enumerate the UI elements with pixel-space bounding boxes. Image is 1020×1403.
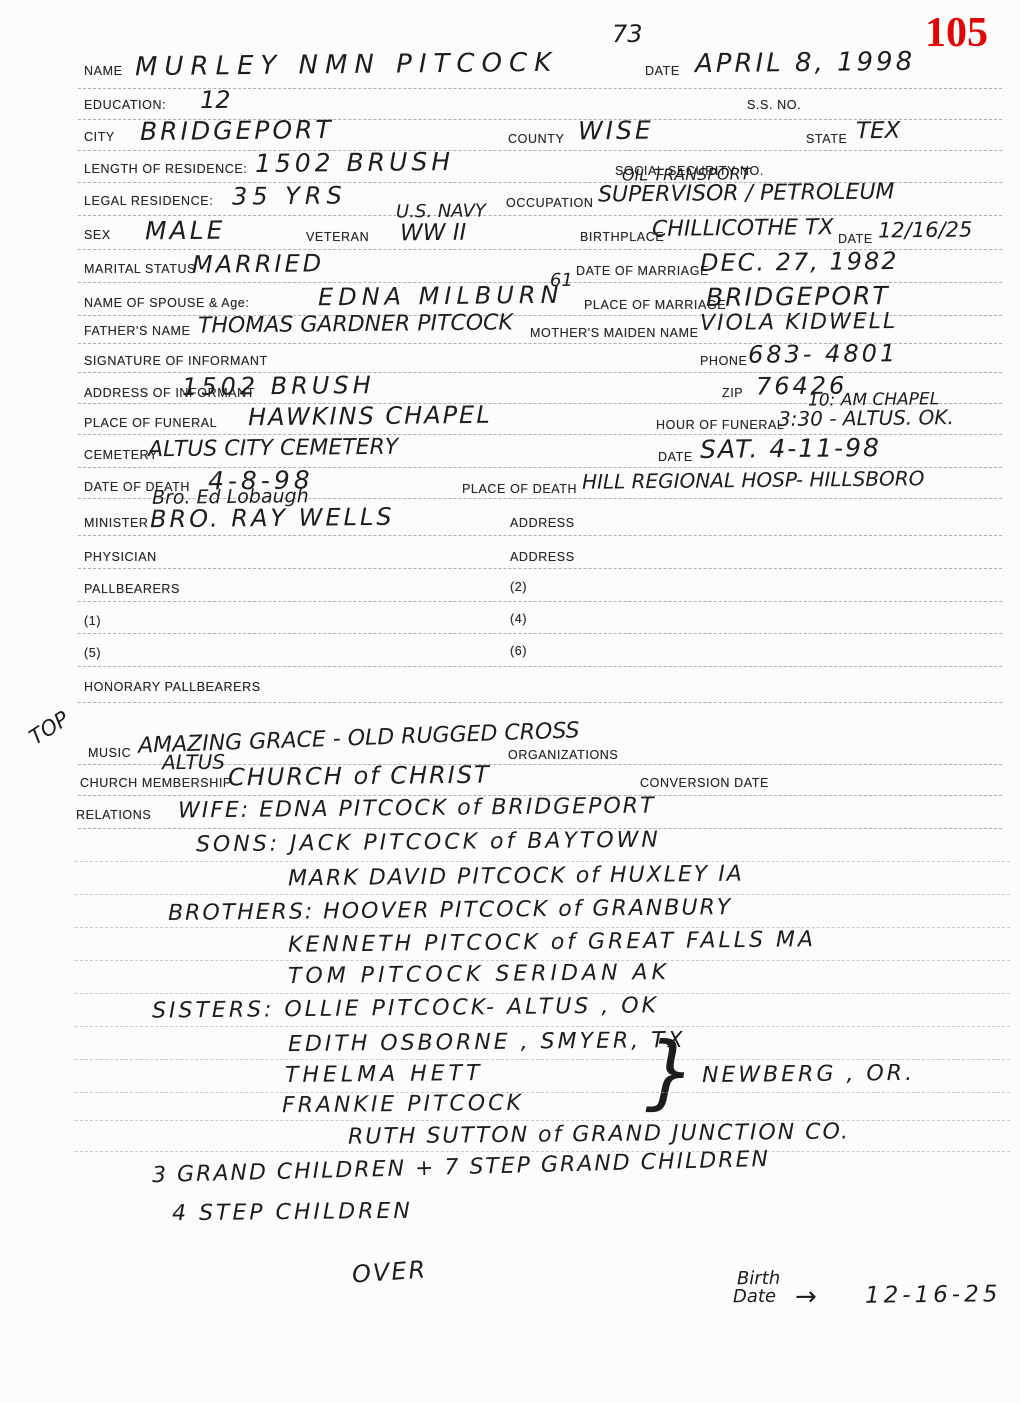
form-line (75, 1092, 1010, 1093)
zip-label: ZIP (722, 386, 743, 400)
birth-note-value: 12-16-25 (865, 1281, 1002, 1308)
pallbearer-slot-2: (2) (510, 580, 527, 594)
form-line (75, 1026, 1010, 1027)
place-of-marriage-value: BRIDGEPORT (706, 281, 890, 312)
physician-label: PHYSICIAN (84, 550, 157, 564)
phone-value: 683- 4801 (748, 339, 898, 369)
date-label: DATE (645, 64, 680, 78)
birthplace-value: CHILLICOTHE TX (652, 215, 834, 242)
relation-line-son-2: MARK DAVID PITCOCK of HUXLEY IA (288, 862, 744, 892)
address-of-informant-value: 1502 BRUSH (182, 371, 375, 401)
form-line (78, 666, 1002, 667)
spouse-age-annotation: 61 (550, 270, 573, 291)
cemetery-label: CEMETERY (84, 448, 158, 462)
hour-of-funeral-label: HOUR OF FUNERAL (656, 418, 784, 432)
grandchildren-note: 3 GRAND CHILDREN + 7 STEP GRAND CHILDREN (152, 1147, 770, 1188)
form-line (75, 1059, 1010, 1060)
relation-line-sisters: SISTERS: OLLIE PITCOCK- ALTUS , OK (152, 993, 659, 1023)
minister-address-label: ADDRESS (510, 516, 575, 530)
occupation-value: SUPERVISOR / PETROLEUM (598, 179, 895, 207)
pallbearer-slot-4: (4) (510, 612, 527, 626)
father-name-label: FATHER'S NAME (84, 324, 191, 338)
relation-line-brother-2: KENNETH PITCOCK of GREAT FALLS MA (288, 927, 816, 958)
funeral-date-value: SAT. 4-11-98 (700, 433, 881, 464)
form-line (78, 601, 1002, 602)
veteran-value: WW II (400, 220, 467, 247)
length-of-residence-label: LENGTH OF RESIDENCE: (84, 162, 247, 176)
sex-label: SEX (84, 228, 111, 242)
form-line (78, 150, 1002, 151)
church-membership-value: CHURCH of CHRIST (228, 761, 491, 792)
county-label: COUNTY (508, 132, 564, 146)
place-of-marriage-label: PLACE OF MARRIAGE (584, 298, 726, 312)
place-of-funeral-value: HAWKINS CHAPEL (248, 401, 492, 432)
birth-date-value: 12/16/25 (878, 218, 973, 243)
form-line (75, 861, 1010, 862)
mother-maiden-name-label: MOTHER'S MAIDEN NAME (530, 326, 699, 340)
phone-label: PHONE (700, 354, 747, 368)
education-label: EDUCATION: (84, 98, 166, 112)
organizations-label: ORGANIZATIONS (508, 748, 618, 762)
relation-line-brothers: BROTHERS: HOOVER PITCOCK of GRANBURY (168, 895, 732, 926)
birth-note-word2: Date (733, 1286, 776, 1307)
church-membership-annotation: ALTUS (162, 750, 225, 775)
form-line (78, 702, 1002, 703)
father-name-value: THOMAS GARDNER PITCOCK (198, 310, 513, 338)
pallbearer-slot-6: (6) (510, 644, 527, 658)
handwritten-page-number: 73 (612, 20, 643, 48)
music-label: MUSIC (88, 746, 131, 760)
marital-status-label: MARITAL STATUS (84, 262, 196, 276)
relation-line-sister-2: EDITH OSBORNE , SMYER, TX (288, 1028, 686, 1057)
name-value: MURLEY NMN PITCOCK (135, 48, 559, 82)
ss-no-label: S.S. NO. (747, 98, 801, 112)
spouse-label: NAME OF SPOUSE & Age: (84, 296, 249, 310)
sex-value: MALE (145, 216, 226, 246)
pallbearers-label: PALLBEARERS (84, 582, 180, 596)
cemetery-value: ALTUS CITY CEMETERY (148, 435, 398, 463)
signature-of-informant-label: SIGNATURE OF INFORMANT (84, 354, 268, 368)
length-of-residence-value: 1502 BRUSH (255, 147, 454, 178)
form-line (78, 568, 1002, 569)
state-value: TEX (856, 118, 901, 144)
relation-line-brother-3: TOM PITCOCK SERIDAN AK (288, 960, 670, 989)
name-label: NAME (84, 64, 123, 78)
birth-date-label: DATE (838, 232, 873, 246)
spouse-value: EDNA MILBURN (318, 281, 564, 312)
city-value: BRIDGEPORT (140, 115, 334, 146)
over-note: OVER (351, 1255, 428, 1288)
veteran-label: VETERAN (306, 230, 369, 244)
physician-address-label: ADDRESS (510, 550, 575, 564)
place-of-death-label: PLACE OF DEATH (462, 482, 577, 496)
margin-note: TOP (25, 706, 73, 749)
relations-brace-destination: NEWBERG , OR. (702, 1061, 915, 1088)
funeral-record-form-page: 73 105 NAME MURLEY NMN PITCOCK DATE APRI… (0, 0, 1020, 1403)
relation-line-sister-4: FRANKIE PITCOCK (282, 1091, 524, 1119)
form-line (75, 1120, 1010, 1121)
hour-of-funeral-value: 3:30 - ALTUS. OK. (778, 405, 954, 431)
document-number-stamp: 105 (925, 12, 988, 54)
pallbearer-slot-1: (1) (84, 614, 101, 628)
education-value: 12 (200, 86, 231, 114)
form-line (75, 927, 1010, 928)
funeral-date-label: DATE (658, 450, 693, 464)
marital-status-value: MARRIED (192, 249, 324, 278)
legal-residence-value: 35 YRS (232, 181, 347, 210)
state-label: STATE (806, 132, 847, 146)
relation-line-wife: WIFE: EDNA PITCOCK of BRIDGEPORT (178, 794, 656, 824)
stepchildren-note: 4 STEP CHILDREN (172, 1199, 413, 1227)
relation-line-sister-5: RUTH SUTTON of GRAND JUNCTION CO. (348, 1119, 850, 1149)
occupation-label: OCCUPATION (506, 196, 593, 210)
date-of-marriage-label: DATE OF MARRIAGE (576, 264, 709, 278)
legal-residence-label: LEGAL RESIDENCE: (84, 194, 213, 208)
place-of-funeral-label: PLACE OF FUNERAL (84, 416, 217, 430)
relation-line-sons: SONS: JACK PITCOCK of BAYTOWN (196, 828, 661, 858)
form-line (78, 633, 1002, 634)
birth-note-arrow: → (795, 1282, 817, 1312)
relations-brace: } (645, 1032, 696, 1112)
date-of-marriage-value: DEC. 27, 1982 (700, 247, 899, 277)
minister-label: MINISTER (84, 516, 149, 530)
relation-line-sister-3: THELMA HETT (285, 1061, 484, 1088)
form-line (78, 535, 1002, 536)
county-value: WISE (578, 116, 654, 146)
form-line (75, 894, 1010, 895)
mother-maiden-name-value: VIOLA KIDWELL (700, 309, 897, 336)
honorary-pallbearers-label: HONORARY PALLBEARERS (84, 680, 261, 694)
conversion-date-label: CONVERSION DATE (640, 776, 769, 790)
date-value: APRIL 8, 1998 (695, 47, 915, 79)
church-membership-label: CHURCH MEMBERSHIP (80, 776, 232, 790)
relations-label: RELATIONS (76, 808, 151, 822)
place-of-death-value: HILL REGIONAL HOSP- HILLSBORO (582, 466, 925, 494)
minister-value: BRO. RAY WELLS (150, 503, 395, 534)
city-label: CITY (84, 130, 115, 144)
pallbearer-slot-5: (5) (84, 646, 101, 660)
